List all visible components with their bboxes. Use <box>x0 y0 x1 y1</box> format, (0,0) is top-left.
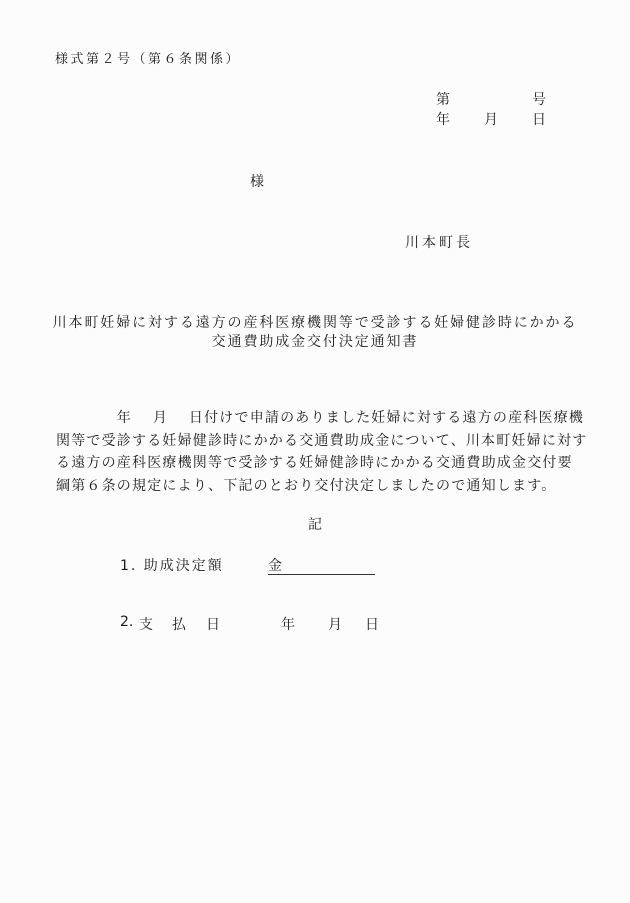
reference-number-prefix: 第 <box>436 89 450 109</box>
currency-prefix: 金 <box>268 558 282 575</box>
payment-date-label-char: 支 <box>139 614 153 634</box>
issue-date-month: 月 <box>484 109 498 129</box>
form-number: 様式第２号（第６条関係） <box>55 48 241 67</box>
issue-date-year: 年 <box>436 109 450 129</box>
payment-date-label-char: 払 <box>172 614 186 634</box>
document-title-line-2: 交通費助成金交付決定通知書 <box>0 331 630 351</box>
document-title-line-1: 川本町妊婦に対する遠方の産科医療機関等で受診する妊婦健診時にかかる <box>0 312 630 332</box>
body-line: 綱第６条の規定により、下記のとおり交付決定しましたので通知します。 <box>56 475 576 498</box>
reference-number-suffix: 号 <box>532 89 546 109</box>
body-paragraph: 年 月 日付けで申請のありました妊婦に対する遠方の産科医療機 関等で受診する妊婦… <box>56 407 576 497</box>
payment-date-day: 日 <box>365 614 379 634</box>
grant-amount-blank <box>281 558 375 575</box>
body-line: る遠方の産科医療機関等で受診する妊婦健診時にかかる交通費助成金交付要 <box>56 452 576 475</box>
payment-date-year: 年 <box>281 614 295 634</box>
payment-date-label-char: 日 <box>206 614 220 634</box>
grant-amount-label: 1. 助成決定額 <box>120 555 224 575</box>
body-line: 年 月 日付けで申請のありました妊婦に対する遠方の産科医療機 <box>56 407 576 430</box>
payment-date-number: 2. <box>120 614 133 630</box>
issue-date-day: 日 <box>532 109 546 129</box>
body-line: 関等で受診する妊婦健診時にかかる交通費助成金について、川本町妊婦に対す <box>56 430 576 453</box>
record-heading: 記 <box>0 514 630 534</box>
addressee-honorific: 様 <box>250 171 264 191</box>
grant-amount-field: 金 <box>268 555 375 575</box>
payment-date-month: 月 <box>328 614 342 634</box>
sender-name: 川本町長 <box>405 232 473 252</box>
